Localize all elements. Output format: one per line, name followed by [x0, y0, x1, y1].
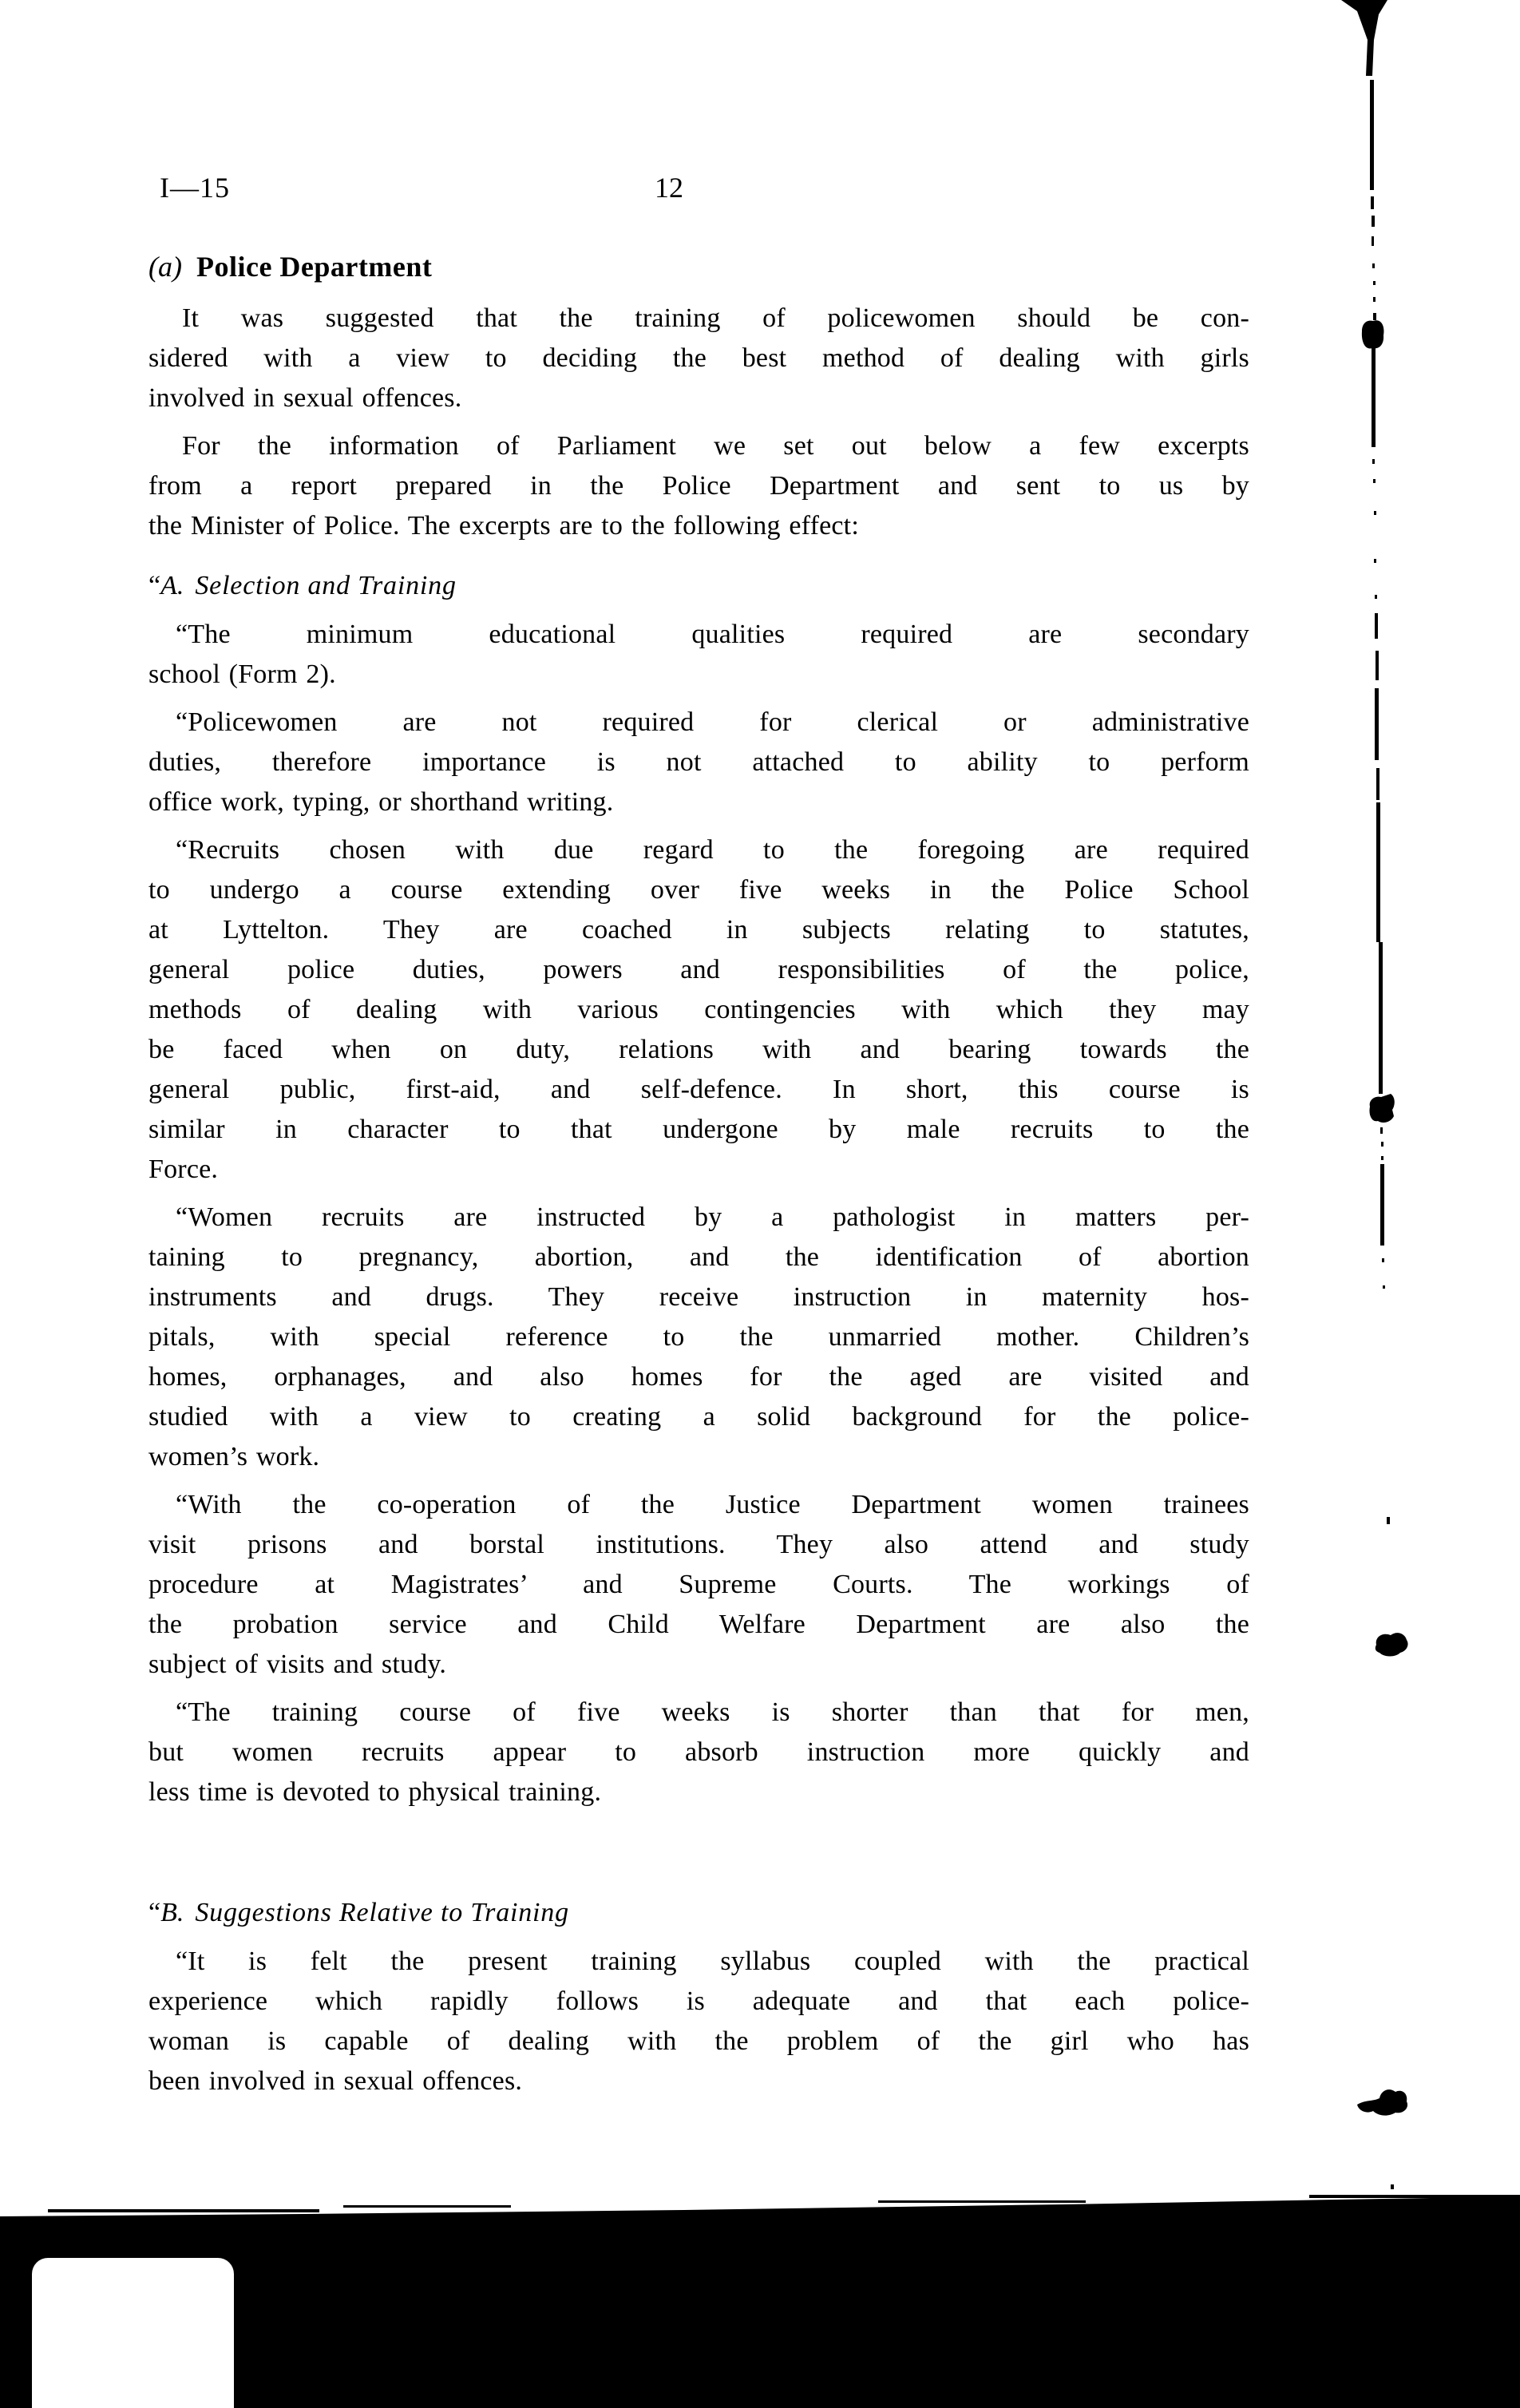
paragraph: “Women recruits are instructed by a path… — [148, 1198, 1249, 1477]
text-line: but women recruits appear to absorb inst… — [148, 1733, 1249, 1772]
text-line: visit prisons and borstal institutions. … — [148, 1525, 1249, 1565]
scan-white-tab — [32, 2258, 234, 2408]
paragraph: “Policewomen are not required for cleric… — [148, 703, 1249, 822]
scanned-document-page: I—15 12 (a)Police DepartmentIt was sugge… — [0, 0, 1520, 2408]
scan-cloud-blob-artifact — [1376, 1633, 1408, 1656]
text-line: “With the co-operation of the Justice De… — [148, 1485, 1249, 1525]
text-line: women’s work. — [148, 1437, 1249, 1477]
text-column: I—15 12 (a)Police DepartmentIt was sugge… — [148, 169, 1249, 2101]
text-line: instruments and drugs. They receive inst… — [148, 1277, 1249, 1317]
text-line: procedure at Magistrates’ and Supreme Co… — [148, 1565, 1249, 1605]
text-line: been involved in sexual offences. — [148, 2061, 1249, 2101]
scan-wedge-artifact — [1341, 0, 1387, 76]
text-line: from a report prepared in the Police Dep… — [148, 466, 1249, 506]
text-line: the probation service and Child Welfare … — [148, 1605, 1249, 1645]
text-line: Force. — [148, 1150, 1249, 1190]
paragraph: “Recruits chosen with due regard to the … — [148, 830, 1249, 1190]
text-line: similar in character to that undergone b… — [148, 1110, 1249, 1150]
text-line: taining to pregnancy, abortion, and the … — [148, 1238, 1249, 1277]
text-line: be faced when on duty, relations with an… — [148, 1030, 1249, 1070]
section-title: Selection and Training — [195, 571, 456, 600]
text-line: “It is felt the present training syllabu… — [148, 1942, 1249, 1982]
page-header: I—15 12 — [148, 169, 1249, 206]
scan-arrow-blob-artifact — [1369, 1094, 1394, 1123]
excerpt-section-heading-a: “A.Selection and Training — [148, 565, 1249, 607]
text-line: subject of visits and study. — [148, 1645, 1249, 1685]
paragraph: For the information of Parliament we set… — [148, 426, 1249, 546]
quote-mark: “ — [148, 1898, 160, 1927]
text-line: methods of dealing with various continge… — [148, 990, 1249, 1030]
text-line: “Women recruits are instructed by a path… — [148, 1198, 1249, 1238]
text-line: pitals, with special reference to the un… — [148, 1317, 1249, 1357]
text-line: at Lyttelton. They are coached in subjec… — [148, 910, 1249, 950]
text-line: homes, orphanages, and also homes for th… — [148, 1357, 1249, 1397]
text-line: “Recruits chosen with due regard to the … — [148, 830, 1249, 870]
section-title: Suggestions Relative to Training — [195, 1898, 569, 1927]
text-line: “The training course of five weeks is sh… — [148, 1693, 1249, 1733]
scan-bird-blob-artifact — [1357, 2089, 1407, 2115]
text-line: involved in sexual offences. — [148, 378, 1249, 418]
section-a-heading: (a)Police Department — [148, 248, 1249, 286]
quote-mark: “ — [148, 571, 160, 600]
scan-edge-speckle — [878, 2200, 1086, 2203]
text-line: woman is capable of dealing with the pro… — [148, 2022, 1249, 2061]
text-line: school (Form 2). — [148, 655, 1249, 695]
text-line: general police duties, powers and respon… — [148, 950, 1249, 990]
text-line: For the information of Parliament we set… — [148, 426, 1249, 466]
text-line: office work, typing, or shorthand writin… — [148, 782, 1249, 822]
text-line: experience which rapidly follows is adeq… — [148, 1982, 1249, 2022]
text-line: general public, first-aid, and self-defe… — [148, 1070, 1249, 1110]
text-line: “Policewomen are not required for cleric… — [148, 703, 1249, 743]
text-line: to undergo a course extending over five … — [148, 870, 1249, 910]
text-line: less time is devoted to physical trainin… — [148, 1772, 1249, 1812]
section-letter: A. — [160, 571, 184, 600]
scan-crease-artifacts — [1277, 0, 1520, 2220]
document-body: (a)Police DepartmentIt was suggested tha… — [148, 248, 1249, 2101]
page-number: 12 — [637, 169, 701, 206]
paragraph: “The training course of five weeks is sh… — [148, 1693, 1249, 1812]
text-line: sidered with a view to deciding the best… — [148, 339, 1249, 378]
heading-title: Police Department — [196, 251, 432, 283]
scan-edge-speckle — [343, 2205, 511, 2208]
heading-prefix: (a) — [148, 251, 182, 283]
scan-edge-speckle — [48, 2209, 319, 2212]
text-line: It was suggested that the training of po… — [148, 299, 1249, 339]
section-letter: B. — [160, 1898, 184, 1927]
excerpt-section-heading-b: “B.Suggestions Relative to Training — [148, 1892, 1249, 1934]
scan-blob-artifact — [1362, 320, 1384, 348]
text-line: studied with a view to creating a solid … — [148, 1397, 1249, 1437]
text-line: the Minister of Police. The excerpts are… — [148, 506, 1249, 546]
paragraph: “The minimum educational qualities requi… — [148, 615, 1249, 695]
text-line: “The minimum educational qualities requi… — [148, 615, 1249, 655]
paragraph: “It is felt the present training syllabu… — [148, 1942, 1249, 2101]
text-line: duties, therefore importance is not atta… — [148, 743, 1249, 782]
paragraph: It was suggested that the training of po… — [148, 299, 1249, 418]
doc-reference: I—15 — [160, 169, 230, 206]
paragraph: “With the co-operation of the Justice De… — [148, 1485, 1249, 1685]
